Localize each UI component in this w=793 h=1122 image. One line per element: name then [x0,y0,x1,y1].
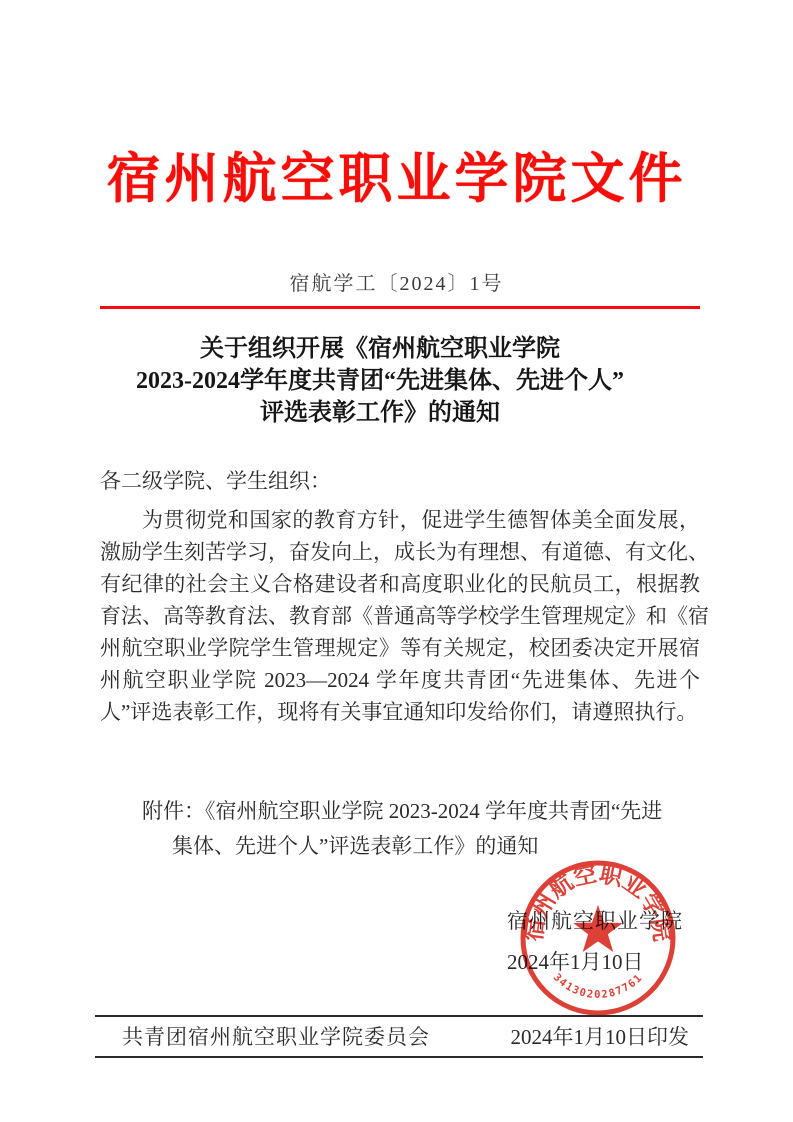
body-line: 人”评选表彰工作，现将有关事宜通知印发给你们，请遵照执行。 [100,696,700,728]
notice-title-line: 评选表彰工作》的通知 [20,397,740,429]
attachment-note: 附件：《宿州航空职业学院 2023-2024 学年度共青团“先进 集体、先进个人… [100,798,700,868]
red-divider-rule [100,306,700,309]
notice-title-line: 2023-2024学年度共青团“先进集体、先进个人” [20,365,740,397]
document-number: 宿航学工〔2024〕1号 [0,267,793,296]
signature-block: 宿州航空职业学院 2024年1月10日 [507,906,707,977]
signature-date: 2024年1月10日 [507,947,707,977]
body-line: 为贯彻党和国家的教育方针，促进学生德智体美全面发展， [100,504,700,536]
body-paragraph: 为贯彻党和国家的教育方针，促进学生德智体美全面发展， 激励学生刻苦学习，奋发向上… [100,504,700,728]
body-line: 有纪律的社会主义合格建设者和高度职业化的民航员工，根据教 [100,568,700,600]
footer: 共青团宿州航空职业学院委员会 2024年1月10日印发 [95,1021,703,1051]
salutation: 各二级学院、学生组织： [100,466,700,496]
footer-bottom-rule [95,1056,703,1058]
signature-issuer: 宿州航空职业学院 [507,906,707,947]
attachment-line: 集体、先进个人”评选表彰工作》的通知 [172,833,700,868]
notice-title-line: 关于组织开展《宿州航空职业学院 [20,333,740,365]
official-document-page: 宿州航空职业学院文件 宿航学工〔2024〕1号 关于组织开展《宿州航空职业学院 … [0,0,793,1122]
attachment-line: 附件：《宿州航空职业学院 2023-2024 学年度共青团“先进 [100,798,700,833]
footer-print-date: 2024年1月10日印发 [511,1021,704,1051]
body-line: 育法、高等教育法、教育部《普通高等学校学生管理规定》和《宿 [100,600,700,632]
footer-top-rule [95,1015,703,1017]
letterhead-title: 宿州航空职业学院文件 [0,143,793,215]
body-line: 激励学生刻苦学习，奋发向上，成长为有理想、有道德、有文化、 [100,536,700,568]
body-line: 州航空职业学院 2023—2024 学年度共青团“先进集体、先进个 [100,664,700,696]
body-line: 州航空职业学院学生管理规定》等有关规定，校团委决定开展宿 [100,632,700,664]
footer-issuer: 共青团宿州航空职业学院委员会 [95,1021,430,1051]
notice-title: 关于组织开展《宿州航空职业学院 2023-2024学年度共青团“先进集体、先进个… [20,333,740,429]
